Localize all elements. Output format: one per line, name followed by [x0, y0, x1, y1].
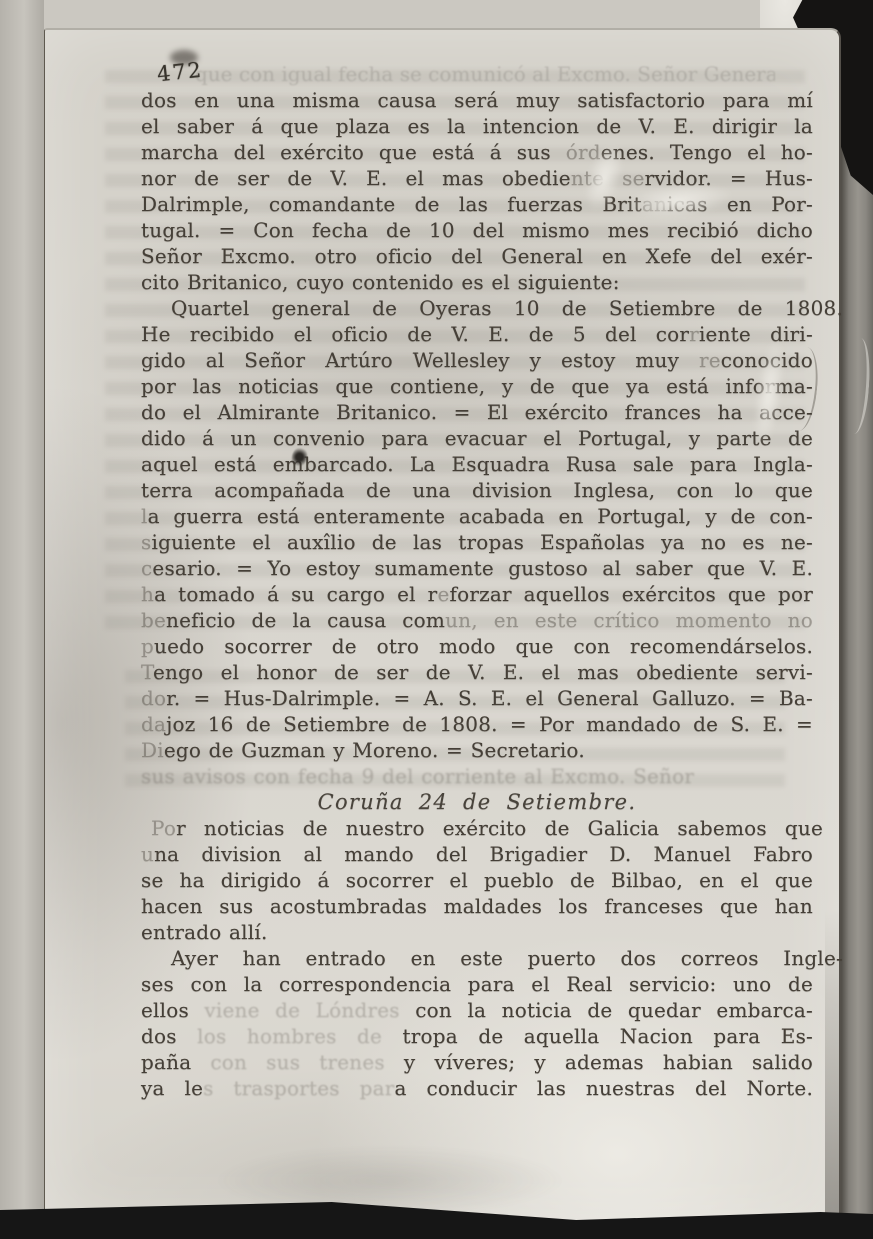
text-segment: Po	[151, 816, 176, 840]
text-line: Señor Excmo. otro oficio del General en …	[141, 243, 813, 269]
text-segment: dido á un convenio para evacuar el Portu…	[141, 426, 813, 450]
text-line: ha tomado á su cargo el reforzar aquello…	[141, 581, 813, 607]
text-segment: re	[699, 348, 721, 372]
text-segment: p	[141, 634, 154, 658]
text-segment: r	[689, 322, 699, 346]
text-segment: esario. = Yo estoy sumamente gustoso al …	[152, 556, 813, 580]
text-segment: e	[437, 582, 449, 606]
text-line: terra acompañada de una division Inglesa…	[141, 477, 813, 503]
text-segment: Coruña 24 de Setiembre.	[318, 790, 637, 814]
text-segment: do	[141, 686, 166, 710]
text-segment: c	[141, 556, 152, 580]
text-segment: aquel está embarcado. La Esquadra Rusa s…	[141, 452, 813, 476]
text-block: dos en una misma causa será muy satisfac…	[141, 87, 813, 1107]
text-line: la guerra está enteramente acabada en Po…	[141, 503, 813, 529]
text-line: entrado allí.	[141, 919, 813, 945]
text-line: marcha del exército que está á sus órden…	[141, 139, 813, 165]
text-line: se ha dirigido á socorrer el pueblo de B…	[141, 867, 813, 893]
text-segment: Di	[141, 738, 164, 762]
bleedthrough-text: que con igual fecha se comunicó al Excmo…	[195, 62, 775, 86]
text-line: beneficio de la causa comun, en este crí…	[141, 607, 813, 633]
text-segment: a conducir las nuestras del Norte.	[394, 1076, 813, 1100]
text-segment: ego de Guzman y Moreno. = Secretario.	[164, 738, 585, 762]
text-line: paña con sus trenes y víveres; y ademas …	[141, 1049, 813, 1075]
faded-text-segment: sus avisos con fecha 9 del corriente al …	[141, 764, 694, 788]
text-segment: iguiente el auxîlio de las tropas Españo…	[151, 530, 813, 554]
text-line: Ayer han entrado en este puerto dos corr…	[141, 945, 843, 971]
text-line: tugal. = Con fecha de 10 del mismo mes r…	[141, 217, 813, 243]
text-line: Por noticias de nuestro exército de Gali…	[141, 815, 823, 841]
text-segment: ellos	[141, 998, 204, 1022]
text-segment: ya le	[141, 1076, 203, 1100]
text-line: He recibido el oficio de V. E. de 5 del …	[141, 321, 813, 347]
text-line: sus avisos con fecha 9 del corriente al …	[141, 763, 813, 789]
text-segment: el saber á que plaza es la intencion de …	[141, 114, 813, 138]
text-line: por las noticias que contiene, y de que …	[141, 373, 813, 399]
text-line: siguiente el auxîlio de las tropas Españ…	[141, 529, 813, 555]
text-line: dos en una misma causa será muy satisfac…	[141, 87, 813, 113]
text-segment: con la noticia de quedar embarca-	[400, 998, 813, 1022]
text-line: una division al mando del Brigadier D. M…	[141, 841, 813, 867]
text-segment: marcha del exército que está á sus	[141, 140, 566, 164]
text-segment: gido al Señor Artúro Wellesley y estoy m…	[141, 348, 699, 372]
text-segment: nor de ser de V. E. el mas obedie	[141, 166, 571, 190]
text-segment: do el Almirante Britanico. = El exército…	[141, 400, 813, 424]
faded-text-segment: con sus trenes	[210, 1050, 384, 1074]
text-segment: Quartel general de Oyeras 10 de Setiembr…	[171, 296, 843, 320]
text-segment: paña	[141, 1050, 210, 1074]
text-segment: da	[141, 712, 166, 736]
text-line: dido á un convenio para evacuar el Portu…	[141, 425, 813, 451]
text-line: Diego de Guzman y Moreno. = Secretario.	[141, 737, 813, 763]
text-segment: Dalrimple, comandante de las fuerzas Bri…	[141, 192, 642, 216]
faded-text-segment: s trasportes par	[203, 1076, 394, 1100]
book-edge-left	[0, 0, 44, 1239]
text-segment: y víveres; y ademas habian salido	[385, 1050, 813, 1074]
text-segment: tropa de aquella Nacion para Es-	[382, 1024, 813, 1048]
text-line: dor. = Hus-Dalrimple. = A. S. E. el Gene…	[141, 685, 813, 711]
faded-text-segment: los hombres de	[197, 1024, 382, 1048]
text-segment: He recibido el oficio de V. E. de 5 del …	[141, 322, 689, 346]
text-segment: tugal. = Con fecha de 10 del mismo mes r…	[141, 218, 813, 242]
text-segment: h	[141, 582, 154, 606]
text-segment: s	[141, 530, 151, 554]
text-line: ellos viene de Lóndres con la noticia de…	[141, 997, 813, 1023]
text-line: cesario. = Yo estoy sumamente gustoso al…	[141, 555, 813, 581]
text-segment: a tomado á su cargo el r	[154, 582, 437, 606]
text-line: el saber á que plaza es la intencion de …	[141, 113, 813, 139]
text-line: dajoz 16 de Setiembre de 1808. = Por man…	[141, 711, 813, 737]
text-segment: forzar aquellos exércitos que por	[450, 582, 814, 606]
text-segment: joz 16 de Setiembre de 1808. = Por manda…	[166, 712, 813, 736]
faded-text-segment: viene de Lóndres	[204, 998, 399, 1022]
text-line: puedo socorrer de otro modo que con reco…	[141, 633, 813, 659]
text-segment: T	[141, 660, 153, 684]
text-segment: Señor Excmo. otro oficio del General en …	[141, 244, 813, 268]
text-line: Quartel general de Oyeras 10 de Setiembr…	[141, 295, 843, 321]
text-line: dos los hombres de tropa de aquella Naci…	[141, 1023, 813, 1049]
page: 472 que con igual fecha se comunicó al E…	[44, 28, 841, 1229]
text-segment: por las noticias que contiene, y de que …	[141, 374, 813, 398]
text-segment: a guerra está enteramente acabada en Por…	[148, 504, 813, 528]
text-segment: engo el honor de ser de V. E. el mas obe…	[153, 660, 813, 684]
text-line: cito Britanico, cuyo contenido es el sig…	[141, 269, 813, 295]
text-segment: terra acompañada de una division Inglesa…	[141, 478, 813, 502]
text-segment: ses con la correspondencia para el Real …	[141, 972, 813, 996]
text-segment: neficio de la causa com	[166, 608, 445, 632]
text-segment: na division al mando del Brigadier D. Ma…	[154, 842, 813, 866]
text-segment: r noticias de nuestro exército de Galici…	[176, 816, 823, 840]
section-heading: Coruña 24 de Setiembre.	[141, 789, 813, 815]
text-line: Tengo el honor de ser de V. E. el mas ob…	[141, 659, 813, 685]
text-segment: r. = Hus-Dalrimple. = A. S. E. el Genera…	[166, 686, 813, 710]
text-segment: dos	[141, 1024, 197, 1048]
text-segment: un, en este crítico momento no	[445, 608, 813, 632]
text-line: ses con la correspondencia para el Real …	[141, 971, 813, 997]
text-segment: dos en una misma causa será muy satisfac…	[141, 88, 813, 112]
text-segment: l	[141, 504, 148, 528]
text-line: aquel está embarcado. La Esquadra Rusa s…	[141, 451, 813, 477]
text-segment: u	[141, 842, 154, 866]
text-segment: uedo socorrer de otro modo que con recom…	[154, 634, 813, 658]
text-segment: Ayer han entrado en este puerto dos corr…	[171, 946, 843, 970]
text-segment: cito Britanico, cuyo contenido es el sig…	[141, 270, 620, 294]
text-line: do el Almirante Britanico. = El exército…	[141, 399, 813, 425]
text-segment: hacen sus acostumbradas maldades los fra…	[141, 894, 813, 918]
scanned-page: 472 que con igual fecha se comunicó al E…	[0, 0, 873, 1239]
text-segment: entrado allí.	[141, 920, 268, 944]
text-segment: be	[141, 608, 166, 632]
text-line: ya les trasportes para conducir las nues…	[141, 1075, 813, 1101]
text-line: hacen sus acostumbradas maldades los fra…	[141, 893, 813, 919]
text-segment: se ha dirigido á socorrer el pueblo de B…	[141, 868, 813, 892]
text-line: gido al Señor Artúro Wellesley y estoy m…	[141, 347, 813, 373]
